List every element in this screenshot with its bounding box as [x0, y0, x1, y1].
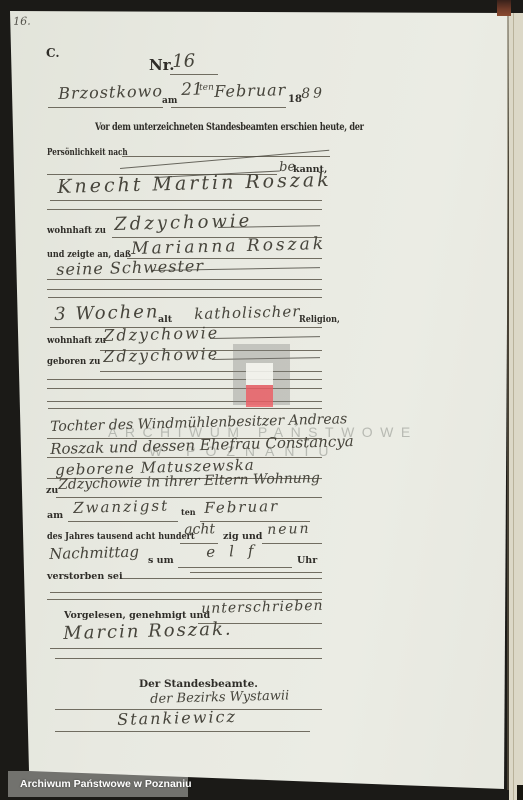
binding-ribbon	[497, 0, 511, 16]
dateline-am-label: am	[162, 96, 177, 106]
archive-footer-label: Archiwum Państwowe w Poznaniu	[20, 778, 192, 790]
page-corner-number: 16.	[13, 15, 31, 28]
geboren-label: geboren zu	[47, 356, 100, 367]
identity-label: Persönlichkeit nach	[47, 147, 128, 158]
year-label: des Jahres tausend acht hundert	[47, 531, 195, 542]
dateline-year-print: 18	[288, 94, 302, 105]
wohnhaft2-label: wohnhaft zu	[47, 335, 106, 346]
declarant-signature: Marcin Roszak.	[63, 619, 233, 644]
registrar-label: Der Standesbeamte.	[139, 678, 258, 690]
zu-label: zu	[46, 485, 58, 496]
book-edge-dark-corner	[517, 785, 523, 800]
dateline-month: Februar	[214, 80, 287, 101]
time-script1: Nachmittag	[49, 543, 139, 563]
record-number-label: Nr.	[149, 56, 174, 74]
record-number-value: 16	[172, 50, 195, 72]
photo-background: ARCHIWUM PAŃSTWOWE W POZNANIU 16. C. Nr.…	[0, 0, 523, 800]
death-ten-label: ten	[181, 507, 196, 517]
dateline-day-suffix: ten	[199, 83, 214, 93]
death-am-label: am	[47, 510, 63, 521]
book-page-edge-line	[513, 13, 514, 800]
book-page-edges	[509, 13, 523, 800]
religion-value: katholischer	[194, 302, 301, 323]
religion-label: Religion,	[299, 314, 340, 325]
geboren-value: Zdzychowie	[103, 344, 219, 366]
year-script2: neun	[267, 521, 311, 538]
zig-und-label: zig und	[223, 531, 262, 542]
wohnhaft1-value: Zdzychowie	[114, 210, 253, 235]
wohnhaft2-value: Zdzychowie	[103, 323, 219, 345]
relation-line: seine Schwester	[56, 256, 204, 279]
time-script2: elf	[206, 541, 268, 561]
death-month-script: Februar	[204, 497, 279, 517]
age-value: 3 Wochen	[54, 301, 160, 325]
death-day-script: Zwanzigst	[73, 496, 169, 517]
wohnhaft1-label: wohnhaft zu	[47, 225, 106, 236]
dateline-place: Brzostkowo	[58, 81, 163, 103]
s-um-label: s um	[148, 555, 174, 566]
year-script1: acht	[184, 521, 215, 538]
uhr-label: Uhr	[297, 555, 317, 566]
form-letter: C.	[46, 46, 60, 60]
dateline-year-script: 89	[301, 85, 325, 102]
archive-logo-red-square	[246, 385, 273, 407]
intro-line: Vor dem unterzeichneten Standesbeamten e…	[95, 122, 364, 133]
registrar-signature: Stankiewicz	[117, 707, 237, 729]
verstorben-label: verstorben sei	[47, 571, 123, 582]
archive-logo-white-square	[246, 363, 273, 385]
vorgelesen-script: unterschrieben	[201, 598, 324, 617]
